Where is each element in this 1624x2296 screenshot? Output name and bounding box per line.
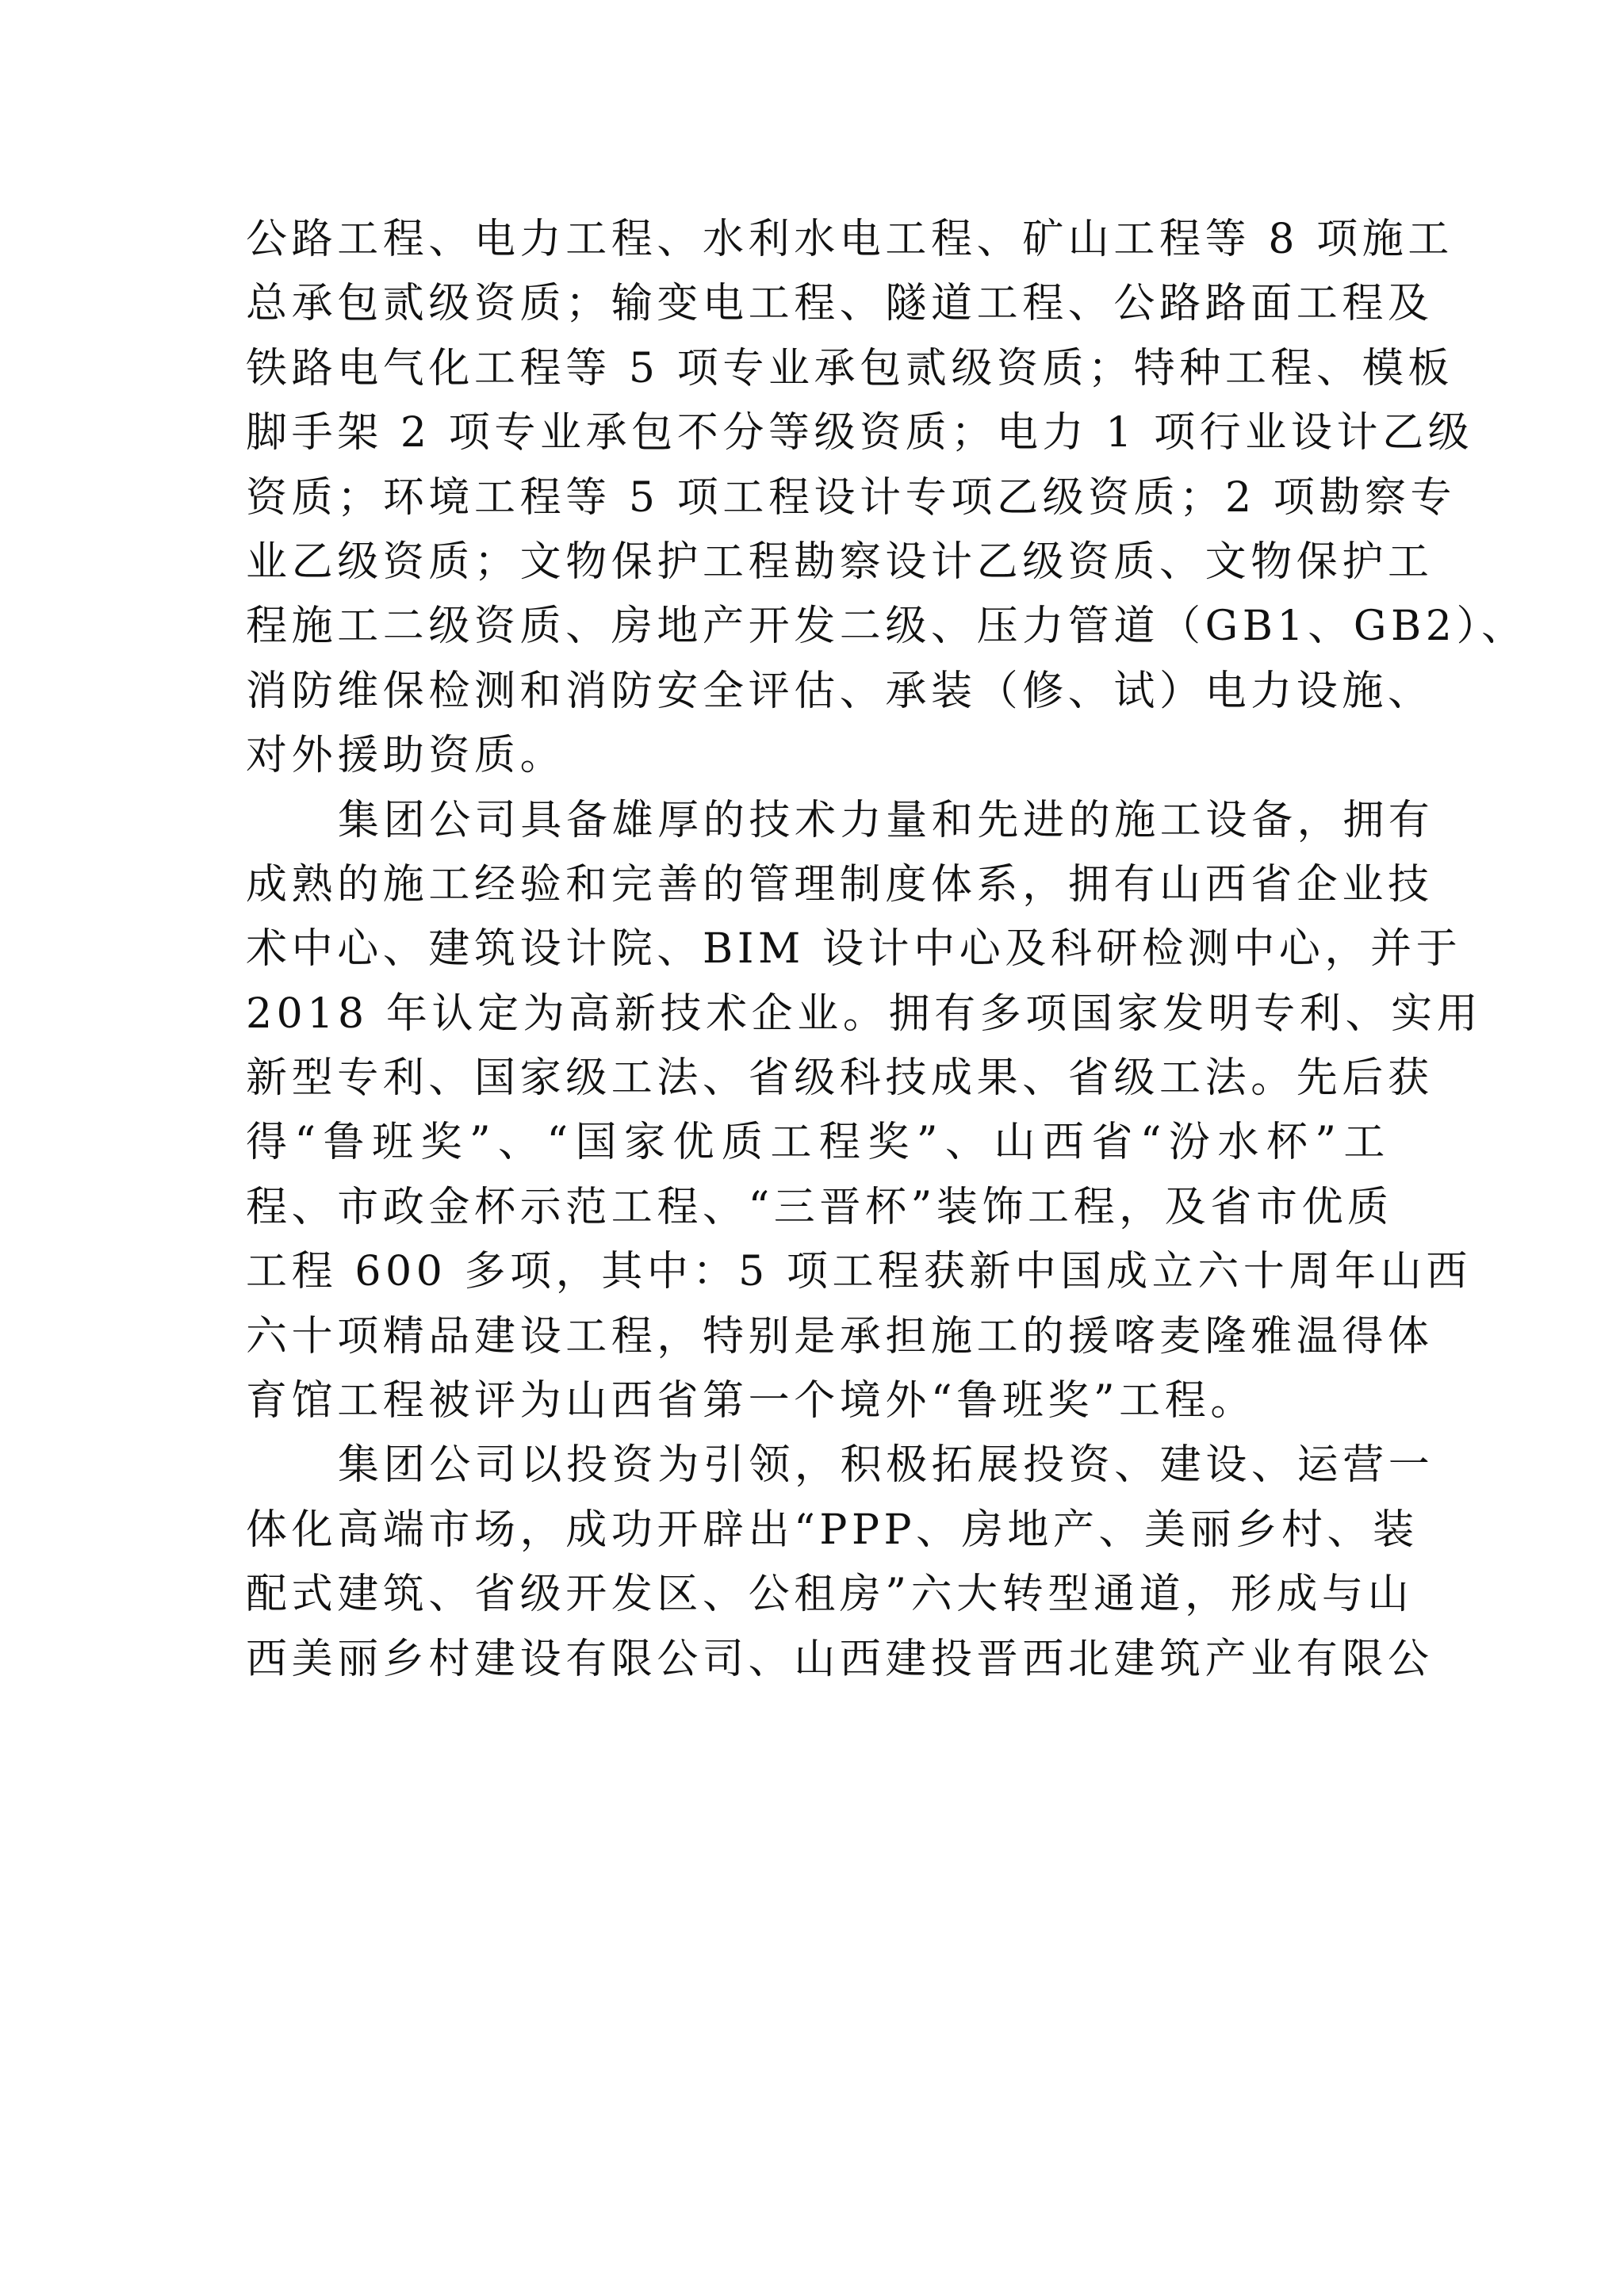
document-page: 公路工程、电力工程、水利水电工程、矿山工程等 8 项施工 总承包贰级资质；输变电… (0, 0, 1624, 2296)
text-line: 成熟的施工经验和完善的管理制度体系，拥有山西省企业技 (246, 853, 1389, 917)
text-line: 新型专利、国家级工法、省级科技成果、省级工法。先后获 (246, 1047, 1389, 1111)
text-line: 业乙级资质；文物保护工程勘察设计乙级资质、文物保护工 (246, 530, 1389, 595)
text-line: 资质；环境工程等 5 项工程设计专项乙级资质；2 项勘察专 (246, 466, 1389, 530)
text-line: 消防维保检测和消防安全评估、承装（修、试）电力设施、 (246, 660, 1389, 724)
text-line: 六十项精品建设工程，特别是承担施工的援喀麦隆雅温得体 (246, 1305, 1389, 1369)
text-line: 工程 600 多项，其中：5 项工程获新中国成立六十周年山西 (246, 1240, 1389, 1304)
text-line: 2018 年认定为高新技术企业。拥有多项国家发明专利、实用 (246, 982, 1389, 1047)
text-line: 对外援助资质。 (246, 724, 1389, 788)
text-line: 总承包贰级资质；输变电工程、隧道工程、公路路面工程及 (246, 272, 1389, 336)
text-line: 集团公司具备雄厚的技术力量和先进的施工设备，拥有 (246, 789, 1389, 853)
text-line: 西美丽乡村建设有限公司、山西建投晋西北建筑产业有限公 (246, 1628, 1389, 1692)
text-line: 配式建筑、省级开发区、公租房”六大转型通道，形成与山 (246, 1563, 1389, 1627)
text-line: 得“鲁班奖”、“国家优质工程奖”、山西省“汾水杯”工 (246, 1111, 1389, 1175)
paragraph-qualifications: 公路工程、电力工程、水利水电工程、矿山工程等 8 项施工 总承包贰级资质；输变电… (246, 208, 1389, 789)
text-line: 程施工二级资质、房地产开发二级、压力管道（GB1、GB2）、 (246, 595, 1389, 659)
text-line: 育馆工程被评为山西省第一个境外“鲁班奖”工程。 (246, 1369, 1389, 1433)
text-line: 体化高端市场，成功开辟出“PPP、房地产、美丽乡村、装 (246, 1498, 1389, 1563)
text-line: 脚手架 2 项专业承包不分等级资质；电力 1 项行业设计乙级 (246, 401, 1389, 465)
text-line: 程、市政金杯示范工程、“三晋杯”装饰工程，及省市优质 (246, 1176, 1389, 1240)
document-body: 公路工程、电力工程、水利水电工程、矿山工程等 8 项施工 总承包贰级资质；输变电… (246, 208, 1389, 1692)
paragraph-investment: 集团公司以投资为引领，积极拓展投资、建设、运营一 体化高端市场，成功开辟出“PP… (246, 1433, 1389, 1692)
paragraph-technology-awards: 集团公司具备雄厚的技术力量和先进的施工设备，拥有 成熟的施工经验和完善的管理制度… (246, 789, 1389, 1434)
text-line: 术中心、建筑设计院、BIM 设计中心及科研检测中心，并于 (246, 917, 1389, 982)
text-line: 公路工程、电力工程、水利水电工程、矿山工程等 8 项施工 (246, 208, 1389, 272)
text-line: 铁路电气化工程等 5 项专业承包贰级资质；特种工程、模板 (246, 337, 1389, 401)
text-line: 集团公司以投资为引领，积极拓展投资、建设、运营一 (246, 1433, 1389, 1498)
